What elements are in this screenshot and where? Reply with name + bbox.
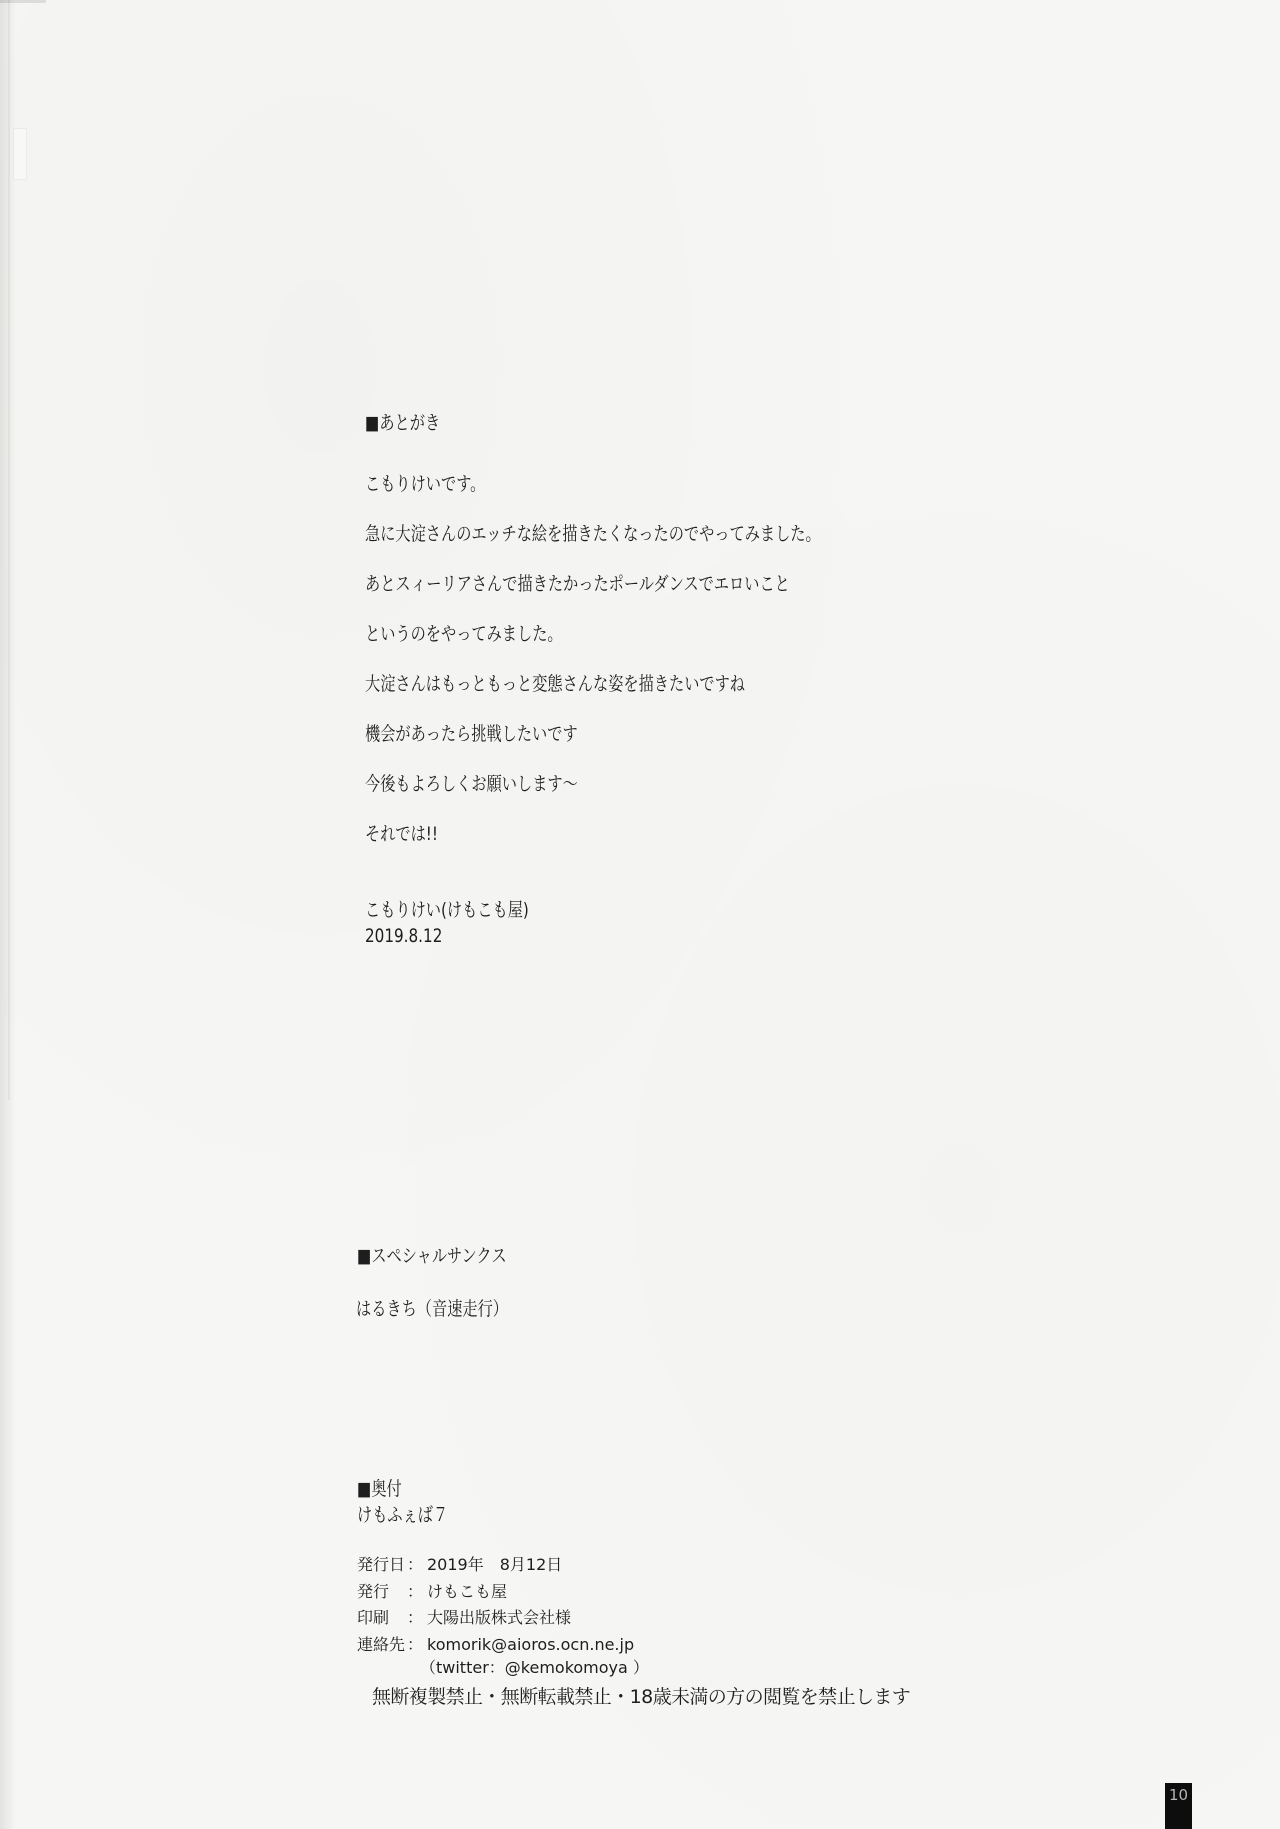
page-number: 10 [1169,1786,1188,1804]
colophon-row-publisher: 発行：けもこも屋 [357,1579,634,1606]
colophon-heading: ■奥付 [357,1476,448,1502]
scan-streak-line [8,0,10,1100]
signature-block: こもりけい(けもこも屋) 2019.8.12 [365,897,570,949]
colophon-row-colon: ： [407,1552,427,1579]
colophon-row-value: けもこも屋 [427,1582,507,1601]
colophon-twitter-handle: （twitter：@kemokomoya ） [420,1659,649,1677]
afterword-line: 今後もよろしくお願いします～ [365,759,821,809]
signature-date: 2019.8.12 [365,923,529,949]
colophon-row-value: 2019年 8月12日 [427,1555,562,1574]
colophon-row-label: 発行 [357,1579,407,1606]
afterword-heading: ■あとがき [365,414,440,432]
afterword-line: こもりけいです。 [365,459,821,509]
afterword-line: 機会があったら挑戦したいです [365,709,821,759]
afterword-line: 大淀さんはもっともっと変態さんな姿を描きたいですね [365,659,821,709]
author-signature: こもりけい(けもこも屋) [365,897,529,923]
colophon-row-publish-date: 発行日：2019年 8月12日 [357,1552,634,1579]
colophon-row-colon: ： [407,1605,427,1632]
colophon-row-contact: 連絡先：komorik@aioros.ocn.ne.jp [357,1632,634,1659]
scan-edge-top-sliver [0,0,46,3]
page-number-box: 10 [1165,1783,1192,1829]
special-thanks-name: はるきち（音速走行） [356,1300,508,1318]
colophon-row-colon: ： [407,1579,427,1606]
colophon-row-email: komorik@aioros.ocn.ne.jp [427,1635,634,1654]
colophon-row-label: 連絡先 [357,1632,407,1659]
afterword-line: 急に大淀さんのエッチな絵を描きたくなったのでやってみました。 [365,509,821,559]
colophon-title: けもふぇば７ [357,1502,448,1528]
colophon-row-value: 大陽出版株式会社様 [427,1608,571,1627]
colophon-rows: 発行日：2019年 8月12日 発行：けもこも屋 印刷：大陽出版株式会社様 連絡… [357,1552,634,1658]
scanned-doujinshi-afterword-page: ■あとがき こもりけいです。 急に大淀さんのエッチな絵を描きたくなったのでやって… [0,0,1280,1829]
colophon-row-colon: ： [407,1632,427,1659]
colophon-heading-block: ■奥付 けもふぇば７ [357,1476,471,1528]
copyright-notice: 無断複製禁止・無断転載禁止・18歳未満の方の閲覧を禁止します [372,1687,910,1707]
colophon-row-label: 発行日 [357,1552,407,1579]
scan-artifact-rect [13,128,27,180]
afterword-line: あとスィーリアさんで描きたかったポールダンスでエロいこと [365,559,821,609]
colophon-row-printer: 印刷：大陽出版株式会社様 [357,1605,634,1632]
afterword-line: というのをやってみました。 [365,609,821,659]
afterword-line: それでは!! [365,809,821,859]
colophon-row-label: 印刷 [357,1605,407,1632]
afterword-body: こもりけいです。 急に大淀さんのエッチな絵を描きたくなったのでやってみました。 … [365,459,935,859]
special-thanks-heading: ■スペシャルサンクス [357,1247,507,1265]
